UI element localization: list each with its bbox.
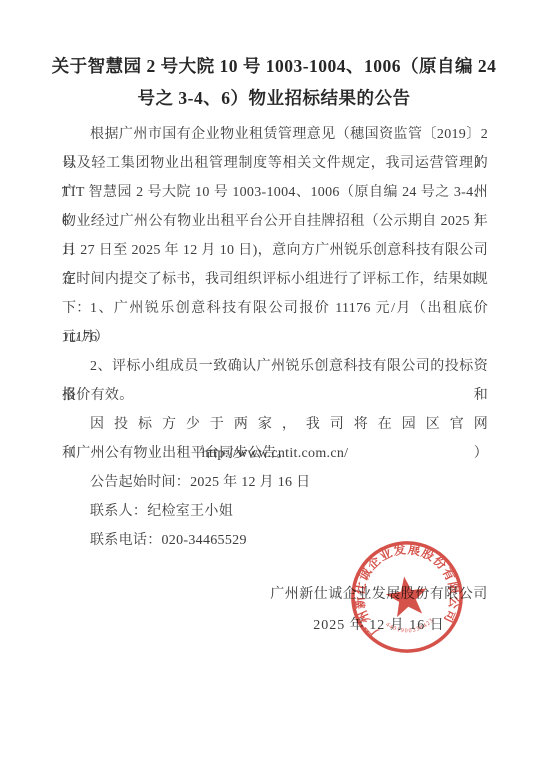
- body-line: 2、评标小组成员一致确认广州锐乐创意科技有限公司的投标资格和: [62, 352, 488, 381]
- title-line-1: 关于智慧园 2 号大院 10 号 1003-1004、1006（原自编 24: [40, 50, 508, 82]
- body-line: 物业经过广州公有物业出租平台公开自挂牌招租（公示期自 2025 年 11: [62, 207, 488, 236]
- body-line: 1、广州锐乐创意科技有限公司报价 11176 元/月（出租底价 11176: [62, 294, 488, 323]
- body-line: TIT 智慧园 2 号大院 10 号 1003-1004、1006（原自编 24…: [62, 178, 488, 207]
- announcement-title: 关于智慧园 2 号大院 10 号 1003-1004、1006（原自编 24 号…: [40, 50, 508, 114]
- body-line: 根据广州市国有企业物业租赁管理意见（穗国资监管〔2019〕2 号）: [62, 120, 488, 149]
- body-line: 元/月）: [62, 323, 488, 352]
- announcement-body: 根据广州市国有企业物业租赁管理意见（穗国资监管〔2019〕2 号） 以及轻工集团…: [62, 120, 488, 555]
- body-line: 月 27 日至 2025 年 12 月 10 日)，意向方广州锐乐创意科技有限公…: [62, 236, 488, 265]
- announcement-start-date-line: 公告起始时间：2025 年 12 月 16 日: [62, 468, 488, 497]
- signature-block: 广州新仕诚企业发展股份有限公司 2025 年 12 月 16 日: [268, 586, 490, 635]
- contact-person-line: 联系人：纪检室王小姐: [62, 497, 488, 526]
- title-line-2: 号之 3-4、6）物业招标结果的公告: [40, 82, 508, 114]
- body-line: 以及轻工集团物业出租管理制度等相关文件规定，我司运营管理的广州: [62, 149, 488, 178]
- signature-date: 2025 年 12 月 16 日: [268, 617, 490, 635]
- body-line: 因投标方少于两家，我司将在园区官网（http://www.cntit.com.c…: [62, 410, 488, 439]
- document-page: 关于智慧园 2 号大院 10 号 1003-1004、1006（原自编 24 号…: [0, 0, 548, 777]
- contact-phone-line: 联系电话：020-34465529: [62, 526, 488, 555]
- body-line: 定时间内提交了标书，我司组织评标小组进行了评标工作，结果如下：: [62, 265, 488, 294]
- signature-company: 广州新仕诚企业发展股份有限公司: [268, 586, 490, 604]
